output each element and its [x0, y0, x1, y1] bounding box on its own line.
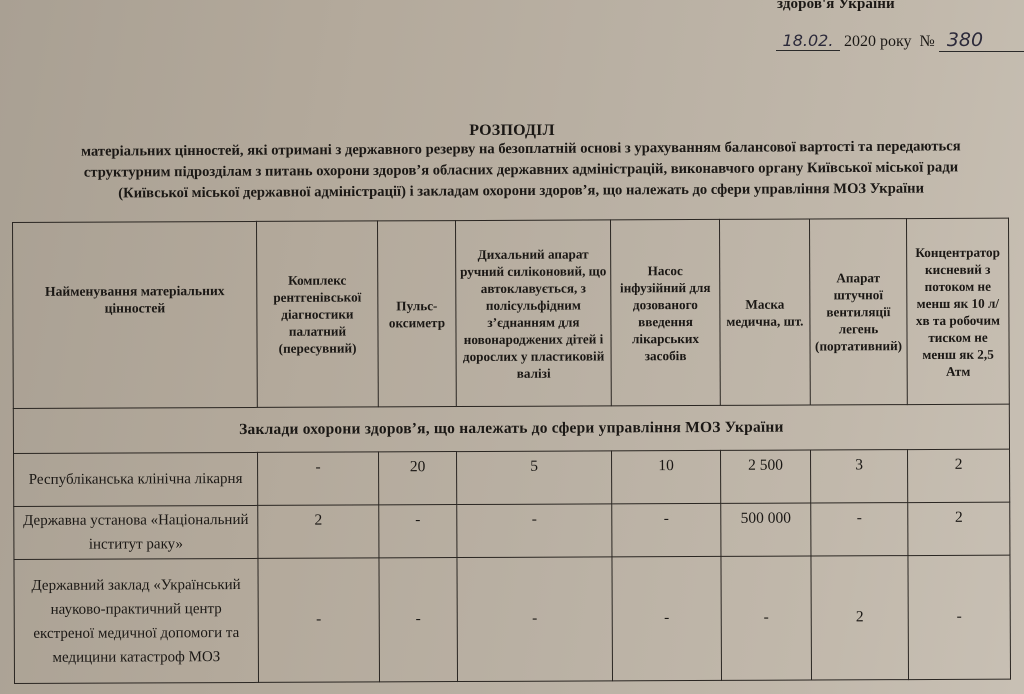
row-institution-name: Республіканська клінічна лікарня — [14, 452, 258, 506]
column-header-infusion-pump: Насос інфузійний для дозованого введення… — [610, 219, 720, 405]
handwritten-date: 18.02. — [776, 31, 840, 51]
handwritten-order-number: 380 — [939, 29, 1024, 52]
ministry-line: здоров'я України — [777, 0, 895, 13]
cell-value: 2 — [908, 449, 1010, 502]
column-header-name: Найменування матеріальних цінностей — [13, 221, 258, 408]
cell-value: 10 — [612, 450, 721, 503]
table-header-row: Найменування матеріальних цінностей Комп… — [13, 218, 1010, 408]
cell-value: 5 — [457, 451, 612, 505]
cell-value: 2 — [908, 502, 1010, 555]
cell-value: - — [612, 503, 721, 556]
column-header-ventilator: Апарат штучної вентиляції легень (портат… — [809, 219, 907, 405]
cell-value: - — [457, 504, 612, 558]
table-section-row: Заклади охорони здоров’я, що належать до… — [13, 404, 1009, 453]
table-row: Державна установа «Національний інститут… — [14, 502, 1010, 559]
document-subtitle: матеріальних цінностей, які отримані з д… — [52, 136, 990, 205]
cell-value: 2 500 — [721, 450, 811, 503]
cell-value: - — [612, 556, 722, 680]
column-header-oxygen-concentrator: Концентратор кисневий з потоком не менш … — [906, 218, 1009, 404]
cell-value: - — [258, 452, 379, 506]
number-sign: № — [920, 33, 935, 51]
column-header-medical-mask: Маска медична, шт. — [719, 219, 810, 405]
row-institution-name: Державний заклад «Український науково-пр… — [14, 558, 259, 683]
table-row: Державний заклад «Український науково-пр… — [14, 555, 1011, 683]
distribution-table-wrapper: Найменування матеріальних цінностей Комп… — [12, 218, 1014, 684]
cell-value: - — [258, 558, 380, 683]
cell-value: 2 — [811, 556, 909, 680]
cell-value: 2 — [258, 505, 379, 559]
cell-value: - — [811, 503, 908, 556]
column-header-manual-resuscitator: Дихальний апарат ручний силіконовий, що … — [455, 220, 611, 407]
table-row: Республіканська клінічна лікарня - 20 5 … — [14, 449, 1010, 506]
cell-value: - — [457, 557, 613, 682]
section-title: Заклади охорони здоров’я, що належать до… — [13, 404, 1009, 453]
row-institution-name: Державна установа «Національний інститут… — [14, 505, 258, 559]
cell-value: - — [908, 555, 1011, 679]
column-header-pulse-oximeter: Пульс-оксиметр — [377, 221, 456, 407]
cell-value: 500 000 — [721, 503, 811, 556]
cell-value: 20 — [379, 452, 457, 505]
cell-value: - — [721, 556, 812, 680]
column-header-xray: Комплекс рентгенівської діагностики пала… — [256, 221, 378, 408]
cell-value: 3 — [811, 450, 908, 503]
scanned-document-page: здоров'я України 18.02. 2020 року № 380 … — [0, 0, 1024, 694]
cell-value: - — [379, 558, 458, 682]
order-date-number-line: 18.02. 2020 року № 380 — [776, 29, 1024, 52]
date-year-text: 2020 року — [844, 33, 912, 51]
distribution-table: Найменування матеріальних цінностей Комп… — [12, 218, 1011, 684]
cell-value: - — [379, 505, 457, 558]
